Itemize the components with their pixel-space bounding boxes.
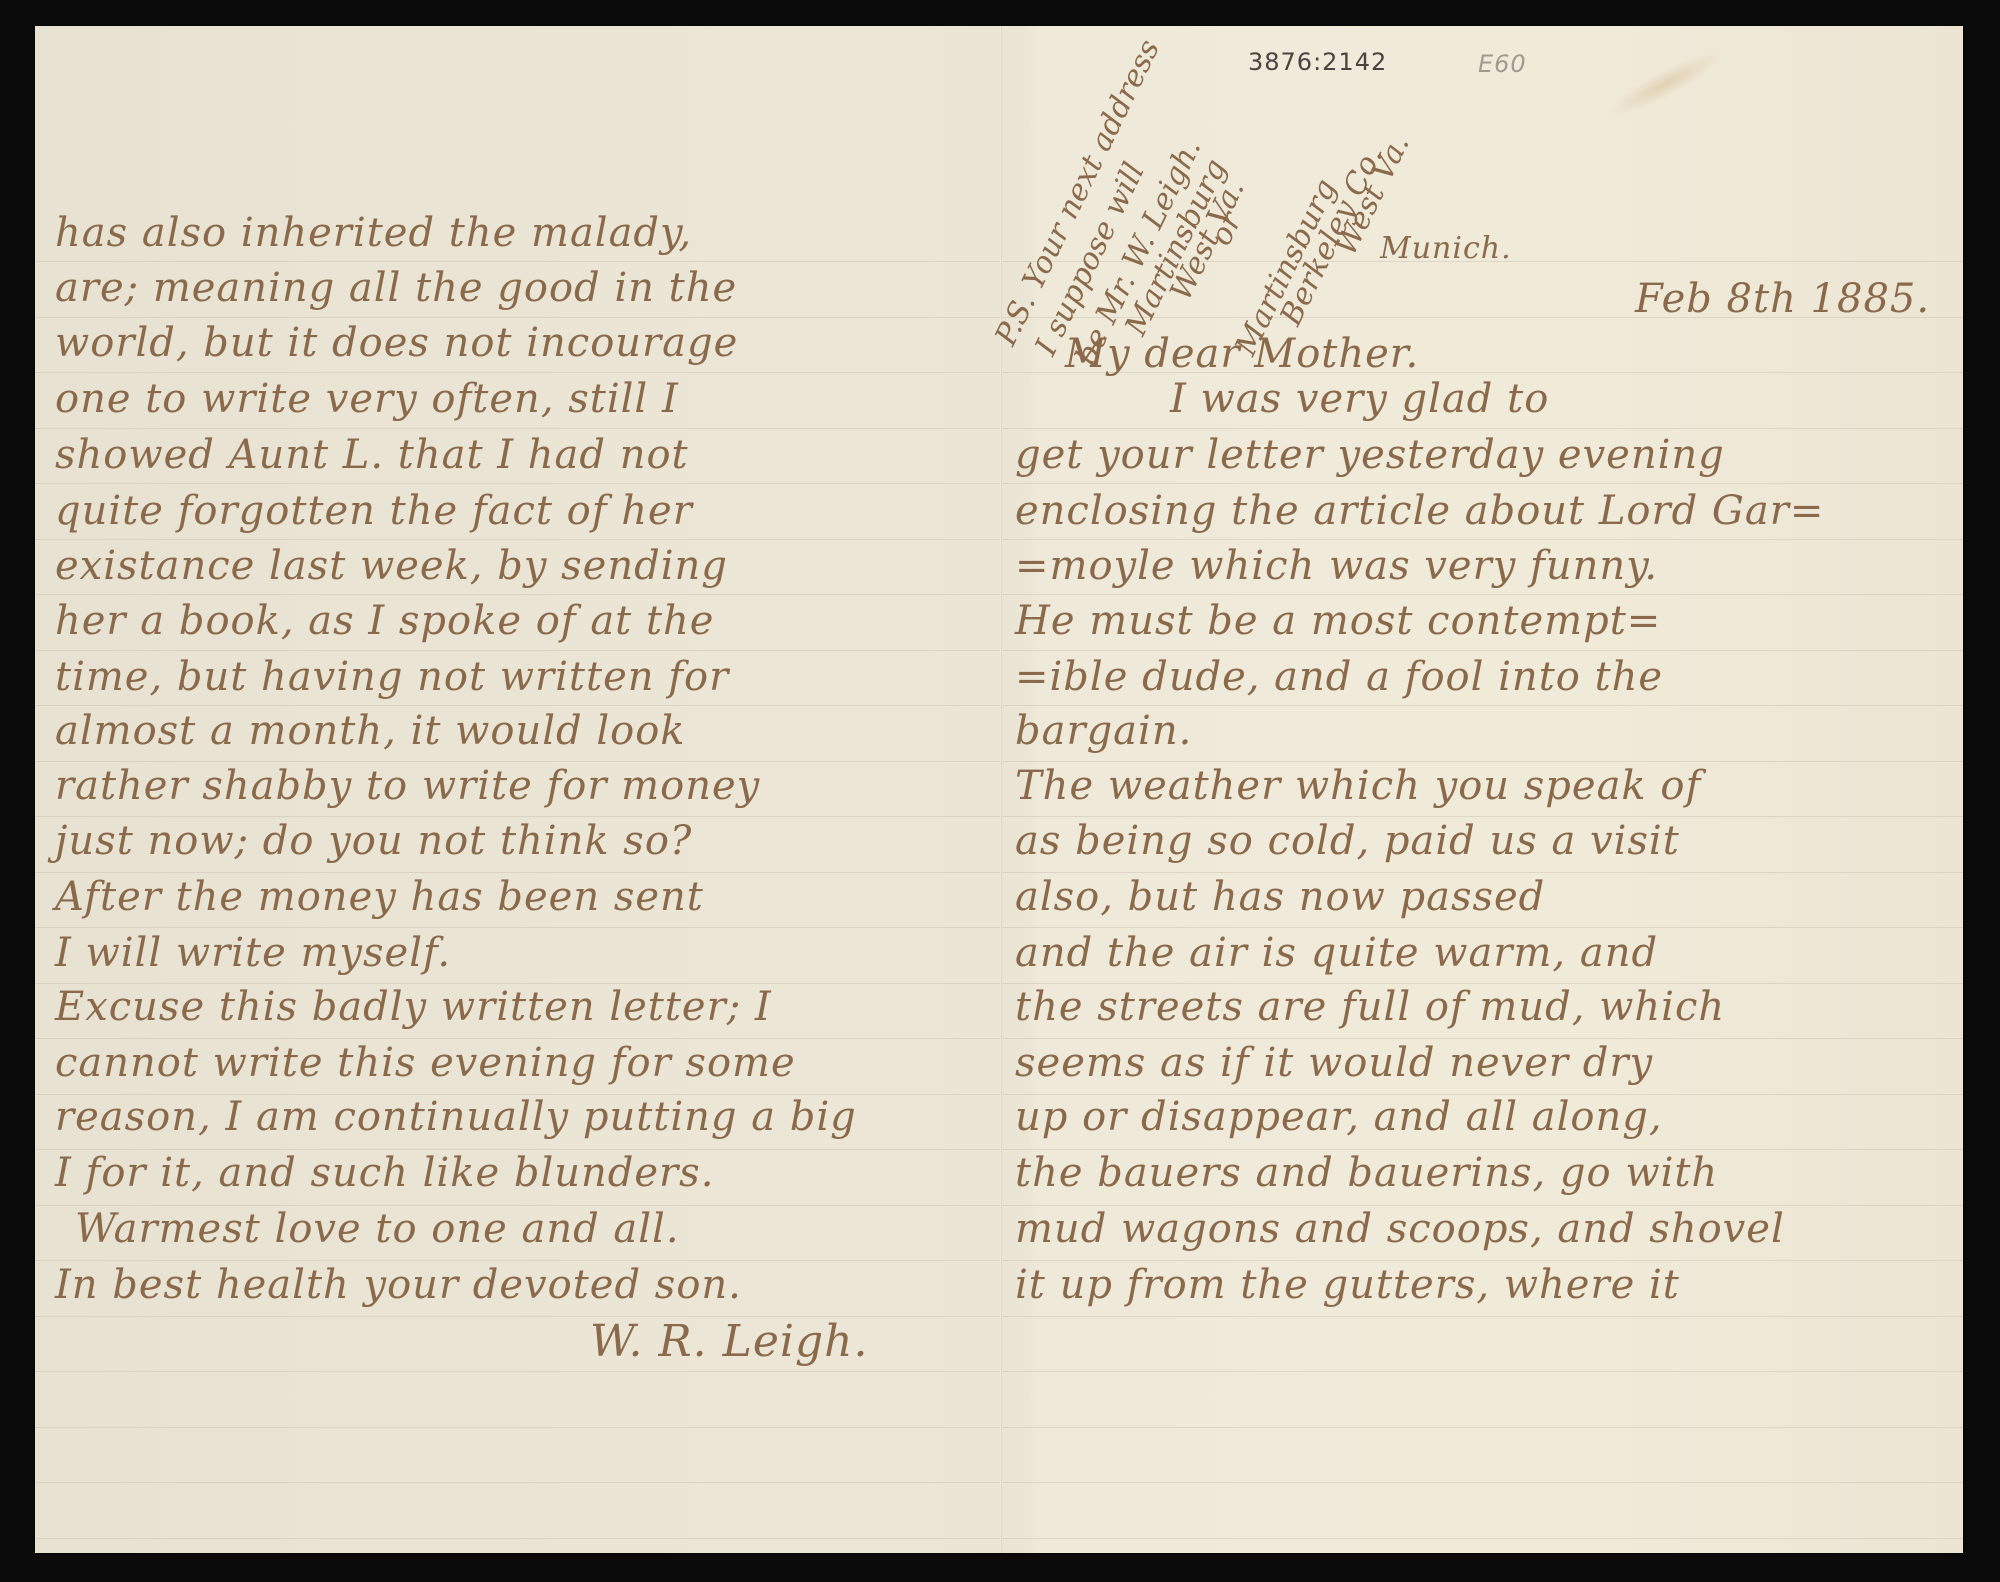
text-line: showed Aunt L. that I had not bbox=[55, 432, 689, 478]
ruled-line bbox=[1003, 428, 1963, 429]
ruled-line bbox=[1003, 1371, 1963, 1372]
text-line: as being so cold, paid us a visit bbox=[1015, 818, 1680, 864]
catalog-number: 3876:2142 bbox=[1248, 48, 1387, 76]
ruled-line bbox=[1003, 594, 1963, 595]
text-line: Excuse this badly written letter; I bbox=[55, 984, 772, 1030]
date: Feb 8th 1885. bbox=[1635, 276, 1930, 322]
ruled-line bbox=[1003, 1038, 1963, 1039]
text-line: just now; do you not think so? bbox=[55, 818, 692, 864]
ruled-line bbox=[1003, 1427, 1963, 1428]
text-line: cannot write this evening for some bbox=[55, 1040, 796, 1086]
text-line: mud wagons and scoops, and shovel bbox=[1015, 1206, 1785, 1252]
text-line: enclosing the article about Lord Gar= bbox=[1015, 488, 1824, 534]
text-line: reason, I am continually putting a big bbox=[55, 1094, 857, 1140]
ruled-line bbox=[35, 372, 1000, 373]
text-line: also, but has now passed bbox=[1015, 874, 1545, 920]
ruled-line bbox=[1003, 1538, 1963, 1539]
text-line: one to write very often, still I bbox=[55, 376, 679, 422]
text-line: it up from the gutters, where it bbox=[1015, 1262, 1680, 1308]
letter-sheet: 3876:2142 E60 has also inherited the mal… bbox=[35, 26, 1963, 1553]
ruled-line bbox=[35, 428, 1000, 429]
text-line: seems as if it would never dry bbox=[1015, 1040, 1653, 1086]
ruled-line bbox=[35, 927, 1000, 928]
ruled-line bbox=[35, 1260, 1000, 1261]
ruled-line bbox=[35, 483, 1000, 484]
ruled-line bbox=[35, 1538, 1000, 1539]
ruled-line bbox=[35, 761, 1000, 762]
ruled-line bbox=[1003, 1316, 1963, 1317]
text-line: rather shabby to write for money bbox=[55, 763, 760, 809]
ruled-line bbox=[1003, 816, 1963, 817]
ruled-line bbox=[1003, 539, 1963, 540]
signature: W. R. Leigh. bbox=[590, 1316, 868, 1367]
ruled-line bbox=[35, 1482, 1000, 1483]
ruled-line bbox=[35, 317, 1000, 318]
text-line: After the money has been sent bbox=[55, 874, 704, 920]
text-line: existance last week, by sending bbox=[55, 543, 728, 589]
text-line: are; meaning all the good in the bbox=[55, 265, 737, 311]
ruled-line bbox=[35, 872, 1000, 873]
text-line: her a book, as I spoke of at the bbox=[55, 598, 714, 644]
ruled-line bbox=[1003, 705, 1963, 706]
place: Munich. bbox=[1380, 231, 1512, 266]
text-line: =ible dude, and a fool into the bbox=[1015, 654, 1663, 700]
ruled-line bbox=[35, 1038, 1000, 1039]
text-line: The weather which you speak of bbox=[1015, 763, 1701, 809]
text-line: Warmest love to one and all. bbox=[75, 1206, 680, 1252]
ruled-line bbox=[1003, 650, 1963, 651]
text-line: I for it, and such like blunders. bbox=[55, 1150, 714, 1196]
ruled-line bbox=[35, 816, 1000, 817]
page-fold bbox=[1000, 26, 1003, 1553]
text-line: time, but having not written for bbox=[55, 654, 729, 700]
text-line: the streets are full of mud, which bbox=[1015, 984, 1725, 1030]
text-line: quite forgotten the fact of her bbox=[55, 488, 693, 534]
paper-stain bbox=[1602, 42, 1729, 126]
ruled-line bbox=[35, 539, 1000, 540]
ruled-line bbox=[35, 1427, 1000, 1428]
archive-mark: E60 bbox=[1478, 50, 1527, 78]
ruled-line bbox=[35, 261, 1000, 262]
ruled-line bbox=[35, 1371, 1000, 1372]
text-line: In best health your devoted son. bbox=[55, 1262, 742, 1308]
text-line: bargain. bbox=[1015, 708, 1192, 754]
text-line: I was very glad to bbox=[1170, 376, 1549, 422]
text-line: almost a month, it would look bbox=[55, 708, 686, 754]
text-line: and the air is quite warm, and bbox=[1015, 930, 1658, 976]
ruled-line bbox=[1003, 872, 1963, 873]
ruled-line bbox=[35, 650, 1000, 651]
ruled-line bbox=[1003, 483, 1963, 484]
ruled-line bbox=[1003, 761, 1963, 762]
text-line: get your letter yesterday evening bbox=[1015, 432, 1725, 478]
text-line: up or disappear, and all along, bbox=[1015, 1094, 1663, 1140]
text-line: the bauers and bauerins, go with bbox=[1015, 1150, 1718, 1196]
text-line: =moyle which was very funny. bbox=[1015, 543, 1658, 589]
ruled-line bbox=[1003, 1260, 1963, 1261]
text-line: has also inherited the malady, bbox=[55, 210, 692, 256]
text-line: world, but it does not incourage bbox=[55, 320, 738, 366]
ruled-line bbox=[1003, 1482, 1963, 1483]
text-line: He must be a most contempt= bbox=[1015, 598, 1661, 644]
text-line: I will write myself. bbox=[55, 930, 451, 976]
ruled-line bbox=[35, 705, 1000, 706]
ruled-line bbox=[1003, 927, 1963, 928]
ruled-line bbox=[35, 594, 1000, 595]
